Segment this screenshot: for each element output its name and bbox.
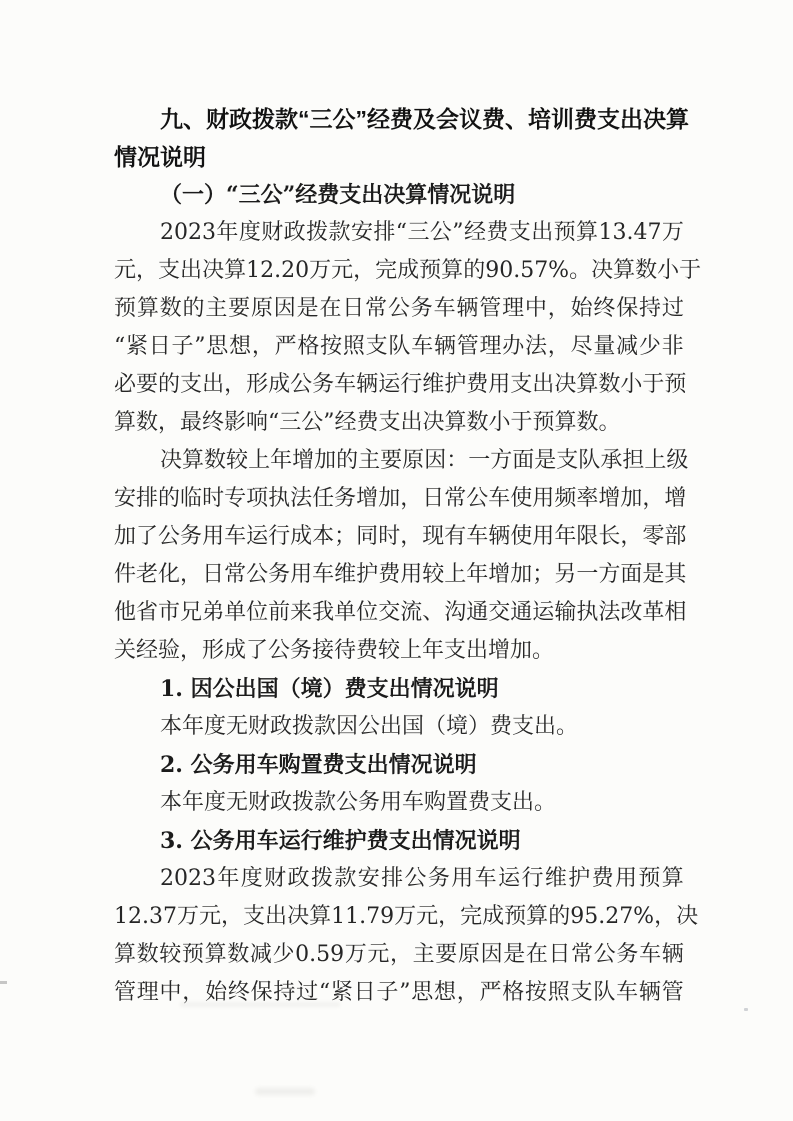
- document-line: 情况说明: [114, 138, 684, 176]
- item-2-body: 本年度无财政拨款公务用车购置费支出。: [114, 784, 684, 822]
- document-line: 本年度无财政拨款因公出国（境）费支出。: [114, 708, 684, 746]
- document-line: 安排的临时专项执法任务增加，日常公车使用频率增加，增: [114, 480, 684, 518]
- item-3-body: 2023年度财政拨款安排公务用车运行维护费用预算12.37万元，支出决算11.7…: [114, 860, 684, 1012]
- item-3-heading: 3. 公务用车运行维护费支出情况说明: [114, 822, 684, 860]
- scan-artifact: [744, 1008, 748, 1011]
- document-line: 九、财政拨款“三公”经费及会议费、培训费支出决算: [114, 100, 684, 138]
- document-line: 加了公务用车运行成本；同时，现有车辆使用年限长，零部: [114, 518, 684, 556]
- document-line: 2023年度财政拨款安排公务用车运行维护费用预算: [114, 860, 684, 898]
- document-line: 件老化，日常公务用车维护费用较上年增加；另一方面是其: [114, 556, 684, 594]
- document-line: 2023年度财政拨款安排“三公”经费支出预算13.47万: [114, 214, 684, 252]
- scan-artifact: [255, 1088, 315, 1095]
- item-2-heading: 2. 公务用车购置费支出情况说明: [114, 746, 684, 784]
- document-line: （一）“三公”经费支出决算情况说明: [114, 176, 684, 214]
- document-line: 本年度无财政拨款公务用车购置费支出。: [114, 784, 684, 822]
- item-1-body: 本年度无财政拨款因公出国（境）费支出。: [114, 708, 684, 746]
- document-line: 3. 公务用车运行维护费支出情况说明: [114, 822, 684, 860]
- document-line: 他省市兄弟单位前来我单位交流、沟通交通运输执法改革相: [114, 594, 684, 632]
- main-heading: 九、财政拨款“三公”经费及会议费、培训费支出决算情况说明: [114, 100, 684, 176]
- document-content: 九、财政拨款“三公”经费及会议费、培训费支出决算情况说明（一）“三公”经费支出决…: [114, 100, 684, 1012]
- document-line: 12.37万元，支出决算11.79万元，完成预算的95.27%，决: [114, 898, 684, 936]
- document-line: 1. 因公出国（境）费支出情况说明: [114, 670, 684, 708]
- document-page: 九、财政拨款“三公”经费及会议费、培训费支出决算情况说明（一）“三公”经费支出决…: [0, 0, 793, 1121]
- sub-heading-sangong: （一）“三公”经费支出决算情况说明: [114, 176, 684, 214]
- document-line: 决算数较上年增加的主要原因：一方面是支队承担上级: [114, 442, 684, 480]
- document-line: 算数较预算数减少0.59万元，主要原因是在日常公务车辆: [114, 936, 684, 974]
- document-line: “紧日子”思想，严格按照支队车辆管理办法，尽量减少非: [114, 328, 684, 366]
- document-line: 关经验，形成了公务接待费较上年支出增加。: [114, 632, 684, 670]
- document-line: 算数，最终影响“三公”经费支出决算数小于预算数。: [114, 404, 684, 442]
- document-line: 预算数的主要原因是在日常公务车辆管理中，始终保持过: [114, 290, 684, 328]
- document-line: 管理中，始终保持过“紧日子”思想，严格按照支队车辆管: [114, 974, 684, 1012]
- document-line: 元，支出决算12.20万元，完成预算的90.57%。决算数小于: [114, 252, 684, 290]
- document-line: 2. 公务用车购置费支出情况说明: [114, 746, 684, 784]
- scan-artifact: [0, 981, 7, 984]
- para-sangong-overview: 2023年度财政拨款安排“三公”经费支出预算13.47万元，支出决算12.20万…: [114, 214, 684, 442]
- item-1-heading: 1. 因公出国（境）费支出情况说明: [114, 670, 684, 708]
- document-line: 必要的支出，形成公务车辆运行维护费用支出决算数小于预: [114, 366, 684, 404]
- para-increase-reason: 决算数较上年增加的主要原因：一方面是支队承担上级安排的临时专项执法任务增加，日常…: [114, 442, 684, 670]
